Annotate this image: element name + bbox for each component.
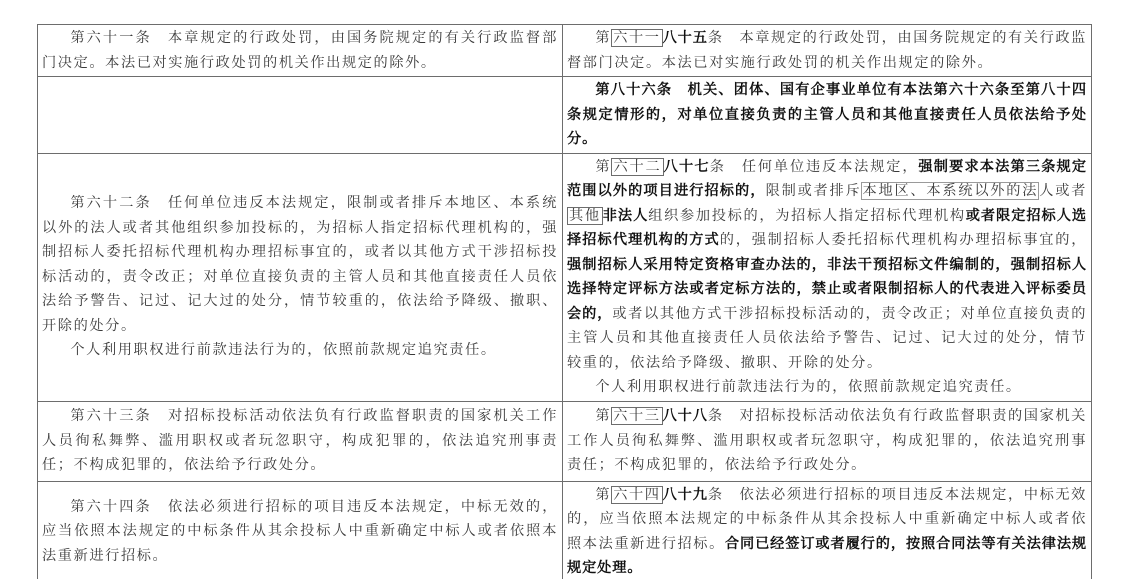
article-paragraph: 第六十一条 本章规定的行政处罚，由国务院规定的有关行政监督部门决定。本法已对实施… <box>42 26 558 75</box>
table-row: 第八十六条 机关、团体、国有企事业单位有本法第六十六条至第八十四条规定情形的，对… <box>38 77 1092 154</box>
text-segment: 的，强制招标人委托招标代理机构办理招标事宜的， <box>720 232 1087 248</box>
article-paragraph: 第六十四条 依法必须进行招标的项目违反本法规定，中标无效的，应当依照本法规定的中… <box>42 495 558 569</box>
text-segment: 或者以其他方式干涉招标投标活动的，责令改正；对单位直接负责的主管人员和其他直接责… <box>567 306 1087 371</box>
article-prefix: 第 <box>595 30 611 46</box>
article-paragraph-2: 个人利用职权进行前款违法行为的，依照前款规定追究责任。 <box>42 338 558 363</box>
deleted-text: 其他 <box>567 207 603 225</box>
inserted-number: 八十八 <box>663 408 708 424</box>
article-paragraph-2: 个人利用职权进行前款违法行为的，依照前款规定追究责任。 <box>567 375 1087 400</box>
text-segment: 限制或者排斥 <box>766 183 862 199</box>
article-paragraph: 第六十二条 任何单位违反本法规定，限制或者排斥本地区、本系统以外的法人或者其他组… <box>42 191 558 338</box>
text-segment: 组织参加投标的，为招标人指定招标代理机构 <box>648 208 965 224</box>
text-segment: 人或者 <box>1039 183 1087 199</box>
deleted-number: 六十二 <box>611 158 663 176</box>
new-article-text: 第八十六条 机关、团体、国有企事业单位有本法第六十六条至第八十四条规定情形的，对… <box>567 78 1087 152</box>
article-suffix: 条 <box>708 30 724 46</box>
table-row: 第六十二条 任何单位违反本法规定，限制或者排斥本地区、本系统以外的法人或者其他组… <box>38 153 1092 401</box>
revised-article-87: 第六十二八十七条 任何单位违反本法规定，强制要求本法第三条规定范围以外的项目进行… <box>563 153 1092 401</box>
original-article-61: 第六十一条 本章规定的行政处罚，由国务院规定的有关行政监督部门决定。本法已对实施… <box>38 25 563 77</box>
deleted-number: 六十四 <box>611 486 662 504</box>
table-row: 第六十一条 本章规定的行政处罚，由国务院规定的有关行政监督部门决定。本法已对实施… <box>38 25 1092 77</box>
deleted-number: 六十三 <box>611 407 662 425</box>
inserted-text: 非法人 <box>603 208 649 224</box>
article-prefix: 第 <box>595 159 611 175</box>
table-row: 第六十四条 依法必须进行招标的项目违反本法规定，中标无效的，应当依照本法规定的中… <box>38 481 1092 579</box>
marked-text: 本地区、本系统以外的法 <box>861 182 1039 200</box>
article-suffix: 条 <box>710 159 726 175</box>
article-paragraph: 第六十二八十七条 任何单位违反本法规定，强制要求本法第三条规定范围以外的项目进行… <box>567 155 1087 376</box>
article-number: 第六十三条 <box>70 408 151 424</box>
article-suffix: 条 <box>708 408 724 424</box>
article-prefix: 第 <box>595 487 611 503</box>
article-number: 第六十四条 <box>70 499 151 515</box>
revised-article-86: 第八十六条 机关、团体、国有企事业单位有本法第六十六条至第八十四条规定情形的，对… <box>563 77 1092 154</box>
article-paragraph: 第六十一八十五条 本章规定的行政处罚，由国务院规定的有关行政监督部门决定。本法已… <box>567 26 1087 75</box>
article-paragraph: 第六十四八十九条 依法必须进行招标的项目违反本法规定，中标无效的，应当依照本法规… <box>567 483 1087 579</box>
inserted-number: 八十五 <box>663 30 708 46</box>
table-row: 第六十三条 对招标投标活动依法负有行政监督职责的国家机关工作人员徇私舞弊、滥用职… <box>38 401 1092 481</box>
revised-article-85: 第六十一八十五条 本章规定的行政处罚，由国务院规定的有关行政监督部门决定。本法已… <box>563 25 1092 77</box>
article-prefix: 第 <box>595 408 611 424</box>
original-article-63: 第六十三条 对招标投标活动依法负有行政监督职责的国家机关工作人员徇私舞弊、滥用职… <box>38 401 563 481</box>
article-paragraph: 第六十三条 对招标投标活动依法负有行政监督职责的国家机关工作人员徇私舞弊、滥用职… <box>42 404 558 478</box>
original-empty-cell <box>38 77 563 154</box>
article-text: 任何单位违反本法规定，限制或者排斥本地区、本系统以外的法人或者其他组织参加投标的… <box>42 195 558 334</box>
article-number: 第六十一条 <box>70 30 151 46</box>
text-segment: 任何单位违反本法规定， <box>742 159 919 175</box>
original-article-62: 第六十二条 任何单位违反本法规定，限制或者排斥本地区、本系统以外的法人或者其他组… <box>38 153 563 401</box>
original-article-64: 第六十四条 依法必须进行招标的项目违反本法规定，中标无效的，应当依照本法规定的中… <box>38 481 563 579</box>
deleted-number: 六十一 <box>611 29 662 47</box>
article-suffix: 条 <box>708 487 724 503</box>
revised-article-89: 第六十四八十九条 依法必须进行招标的项目违反本法规定，中标无效的，应当依照本法规… <box>563 481 1092 579</box>
inserted-number: 八十七 <box>664 159 710 175</box>
revised-article-88: 第六十三八十八条 对招标投标活动依法负有行政监督职责的国家机关工作人员徇私舞弊、… <box>563 401 1092 481</box>
article-paragraph: 第六十三八十八条 对招标投标活动依法负有行政监督职责的国家机关工作人员徇私舞弊、… <box>567 404 1087 478</box>
law-comparison-table: 第六十一条 本章规定的行政处罚，由国务院规定的有关行政监督部门决定。本法已对实施… <box>37 24 1092 579</box>
article-number: 第六十二条 <box>70 195 151 211</box>
inserted-number: 八十九 <box>663 487 708 503</box>
